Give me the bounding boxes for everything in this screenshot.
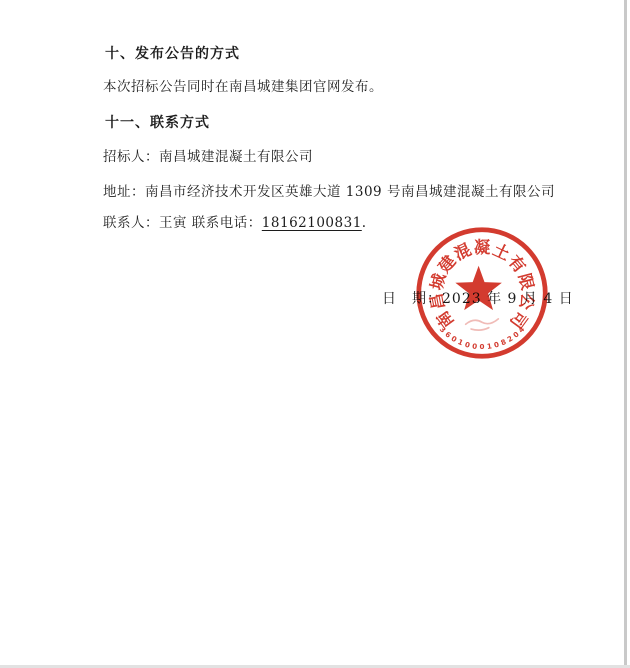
contact-phone: 18162100831 [262,215,362,231]
section-publish-body: 本次招标公告同时在南昌城建集团官网发布。 [103,80,383,96]
bidder-line: 招标人：南昌城建混凝土有限公司 [103,150,313,166]
seal-smudge [466,319,499,330]
svg-text:0: 0 [480,342,485,351]
contact-line: 联系人：王寅 联系电话：18162100831. [103,216,367,232]
seal-star-icon [455,266,502,310]
svg-text:0: 0 [464,340,471,350]
svg-text:0: 0 [472,341,478,351]
svg-text:凝: 凝 [474,238,491,257]
page-right-edge-line [624,0,627,668]
svg-text:昌: 昌 [427,292,449,312]
company-seal: 南昌城建混凝土有限公司3601000108204 [414,225,550,361]
section-publish-heading: 十、发布公告的方式 [105,46,240,62]
svg-text:1: 1 [457,337,465,347]
svg-text:限: 限 [515,271,538,292]
svg-text:1: 1 [486,341,492,351]
address-line: 地址：南昌市经济技术开发区英雄大道 1309 号南昌城建混凝土有限公司 [103,185,555,201]
contact-label: 联系人：王寅 联系电话： [103,215,262,231]
contact-period: . [362,215,367,231]
document-page: 十、发布公告的方式 本次招标公告同时在南昌城建集团官网发布。 十一、联系方式 招… [0,0,630,668]
section-contact-heading: 十一、联系方式 [105,115,210,131]
svg-text:0: 0 [493,340,500,350]
